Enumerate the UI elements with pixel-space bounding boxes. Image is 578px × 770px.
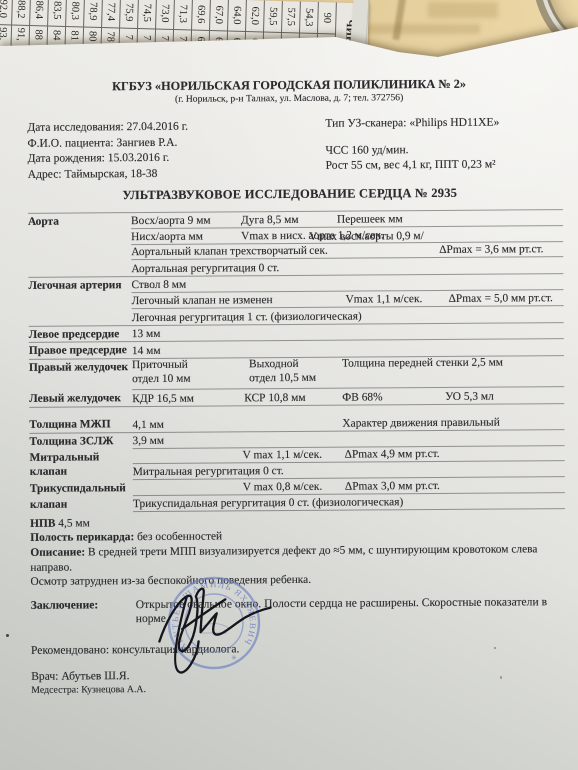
patient-meta: Дата исследования: 27.04.2016 г. Ф.И.О. … xyxy=(0,116,578,182)
cell-value: Легочный клапан не изменен xyxy=(132,292,346,307)
row-label: Трикуспидальный xyxy=(30,480,133,496)
nurse-line: Медсестра: Кузнецова А.А. xyxy=(31,681,566,696)
conclusion-label: Заключение: xyxy=(31,598,136,628)
cell-value: V max 1,1 м/сек. xyxy=(243,448,345,463)
note-text: В средней трети МПП визуализируется дефе… xyxy=(30,543,537,573)
speck xyxy=(6,634,9,637)
heart-rate: ЧСС 160 уд/мин. xyxy=(325,143,499,159)
report-content: КГБУЗ «НОРИЛЬСКАЯ ГОРОДСКАЯ ПОЛИКЛИНИКА … xyxy=(0,76,578,696)
row-label xyxy=(28,260,131,262)
row-label: Аорта xyxy=(28,213,131,229)
notes-block: НПВ 4,5 мм Полость перикарда: без особен… xyxy=(30,513,565,590)
row-label xyxy=(28,245,131,247)
cell-value: Vmax 1,1 м/сек. xyxy=(345,292,448,307)
table-row: клапанТрикуспидальная регургитация 0 ст.… xyxy=(30,493,565,513)
note-label: Полость перикарда: xyxy=(30,531,134,544)
row-values: Легочная регургитация 1 ст. (физиологиче… xyxy=(132,306,564,325)
row-values: Приточный отдел 10 ммВыходной отдел 10,5… xyxy=(132,355,564,390)
ultrasound-table: АортаВосх/аорта 9 ммДуга 8,5 ммПерешеек … xyxy=(28,209,565,512)
cell-value: КДР 16,5 мм xyxy=(132,391,244,406)
row-label: Правый желудочек xyxy=(29,359,132,375)
clinic-address: (г. Норильск, р-н Талнах, ул. Маслова, д… xyxy=(0,90,578,107)
patient-meta-right: Тип УЗ-сканера: «Philips HD11XE» ЧСС 160… xyxy=(325,115,499,173)
report-paper: КГБУЗ «НОРИЛЬСКАЯ ГОРОДСКАЯ ПОЛИКЛИНИКА … xyxy=(0,0,578,770)
speck xyxy=(500,676,502,679)
note-text: 4,5 мм xyxy=(55,517,89,529)
table-row: Правый желудочекПриточный отдел 10 ммВых… xyxy=(29,356,564,391)
cell-value: Восх/аорта 9 мм xyxy=(131,213,241,228)
report-title: УЛЬТРАЗВУКОВОЕ ИССЛЕДОВАНИЕ СЕРДЦА № 293… xyxy=(1,185,578,204)
row-values: 13 мм xyxy=(132,323,564,342)
conclusion: Заключение: Открытое овальное окно. Поло… xyxy=(31,595,566,628)
cell-value: ΔPmax 3,0 мм рт.ст. xyxy=(345,478,565,494)
note-line: Описание: В средней трети МПП визуализир… xyxy=(30,542,565,575)
row-label xyxy=(29,293,132,295)
row-label: Толщина ЗСЛЖ xyxy=(29,433,132,449)
report-paper-shadow: КГБУЗ «НОРИЛЬСКАЯ ГОРОДСКАЯ ПОЛИКЛИНИКА … xyxy=(0,0,578,770)
speck xyxy=(494,647,496,649)
cell-value: Выходной отдел 10,5 мм xyxy=(249,357,342,386)
cell-value: 4,1 мм xyxy=(132,416,342,431)
cell-value: Приточный отдел 10 мм xyxy=(132,357,249,386)
row-label: Толщина МЖП xyxy=(29,416,132,432)
note-label: Описание: xyxy=(30,546,85,558)
row-label: клапан xyxy=(30,496,133,512)
row-label: Левое предсердие xyxy=(29,326,132,342)
row-label xyxy=(29,309,132,311)
cell-value: Дуга 8,5 мм xyxy=(241,212,337,227)
cell-value: КСР 10,8 мм xyxy=(244,391,342,406)
cell-value: УО 5,3 мл xyxy=(445,389,564,404)
note-line: Осмотр затруднен из-за беспокойного пове… xyxy=(30,571,565,589)
body-metrics: Рост 55 см, вес 4,1 кг, ППТ 0,23 м² xyxy=(326,157,500,173)
cell-value: ФВ 68% xyxy=(342,390,445,405)
cell-value: ΔPmax = 3,6 мм рт.ст. xyxy=(439,242,563,257)
cell-value: Vmax восх.аорты 0,9 м/сек. xyxy=(309,229,439,258)
row-label xyxy=(29,407,132,409)
cell-value: Трикуспидальная регургитация 0 ст. (физи… xyxy=(133,494,565,511)
row-label xyxy=(28,229,131,231)
row-values: Трикуспидальная регургитация 0 ст. (физи… xyxy=(133,492,565,512)
note-text: без особенностей xyxy=(134,531,222,544)
photo-of-medical-report: { "photo": { "surface_color": "#e5cf9d",… xyxy=(0,0,578,770)
cell-value: ΔPmax 4,9 мм рт.ст. xyxy=(345,446,565,462)
doctor-signature xyxy=(130,560,291,690)
row-label: Левый желудочек xyxy=(29,390,132,406)
cell-value: ΔPmax = 5,0 мм рт.ст. xyxy=(448,291,563,306)
cell-value: V max 0,8 м/сек. xyxy=(243,480,345,495)
recommendation-line: Рекомендовано: консультация кардиолога. xyxy=(31,640,566,657)
cell-value: Аортальный клапан трехстворчатый xyxy=(131,244,309,259)
row-label: Легочная артерия xyxy=(28,277,131,293)
cell-value: Характер движения правильный xyxy=(342,415,564,431)
cell-value: Нисх/аорта мм xyxy=(131,229,241,244)
row-values: КДР 16,5 ммКСР 10,8 ммФВ 68%УО 5,3 мл xyxy=(132,387,564,406)
cell-value: Толщина передней стенки 2,5 мм xyxy=(342,355,564,371)
row-label: Правое предсердие xyxy=(29,342,132,358)
scanner-type: Тип УЗ-сканера: «Philips HD11XE» xyxy=(325,115,499,131)
note-label: НПВ xyxy=(30,517,55,529)
row-label: Митральный клапан xyxy=(30,449,133,479)
